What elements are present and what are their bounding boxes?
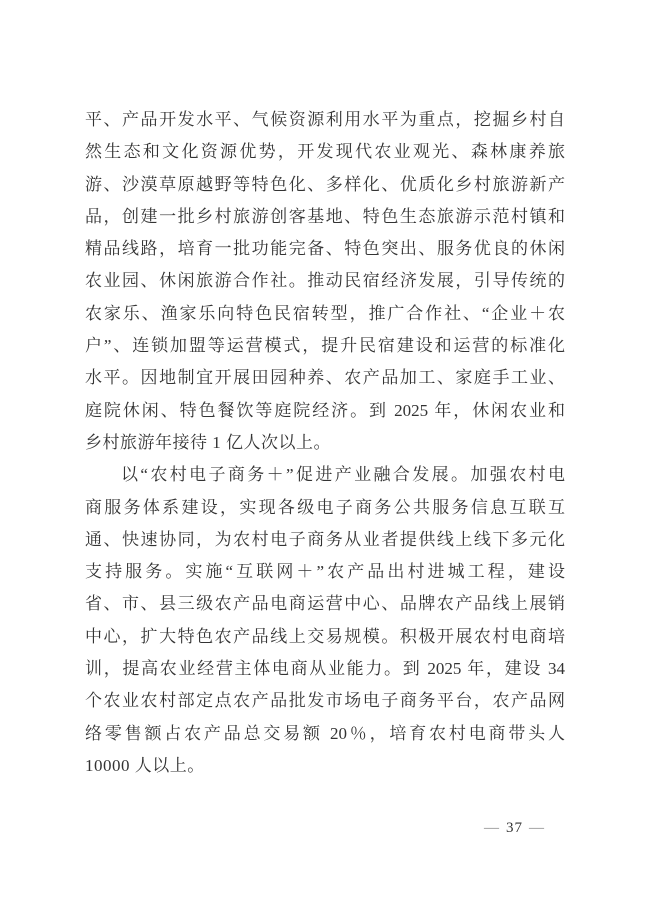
text-line: 乡村旅游年接待 1 亿人次以上。	[85, 427, 565, 459]
text-line: 个农业农村部定点农产品批发市场电子商务平台，农产品网	[85, 685, 565, 717]
text-line: 然生态和文化资源优势，开发现代农业观光、森林康养旅	[85, 136, 565, 168]
text-line: 游、沙漠草原越野等特色化、多样化、优质化乡村旅游新产	[85, 169, 565, 201]
document-page: 平、产品开发水平、气候资源利用水平为重点，挖掘乡村自然生态和文化资源优势，开发现…	[0, 0, 650, 919]
footer-left-dash: —	[478, 820, 506, 836]
text-line: 水平。因地制宜开展田园种养、农产品加工、家庭手工业、	[85, 362, 565, 394]
text-line: 庭院休闲、特色餐饮等庭院经济。到 2025 年，休闲农业和	[85, 395, 565, 427]
text-line: 农家乐、渔家乐向特色民宿转型，推广合作社、“企业＋农	[85, 298, 565, 330]
text-line: 品，创建一批乡村旅游创客基地、特色生态旅游示范村镇和	[85, 201, 565, 233]
text-line: 省、市、县三级农产品电商运营中心、品牌农产品线上展销	[85, 588, 565, 620]
text-line: 精品线路，培育一批功能完备、特色突出、服务优良的休闲	[85, 233, 565, 265]
page-number: 37	[506, 820, 523, 836]
text-line: 训，提高农业经营主体电商从业能力。到 2025 年，建设 34	[85, 653, 565, 685]
text-line: 中心，扩大特色农产品线上交易规模。积极开展农村电商培	[85, 621, 565, 653]
text-line: 平、产品开发水平、气候资源利用水平为重点，挖掘乡村自	[85, 104, 565, 136]
text-line: 支持服务。实施“互联网＋”农产品出村进城工程，建设	[85, 556, 565, 588]
text-line: 农业园、休闲旅游合作社。推动民宿经济发展，引导传统的	[85, 265, 565, 297]
text-line: 户”、连锁加盟等运营模式，提升民宿建设和运营的标准化	[85, 330, 565, 362]
body-text: 平、产品开发水平、气候资源利用水平为重点，挖掘乡村自然生态和文化资源优势，开发现…	[85, 104, 565, 782]
page-footer: —37—	[478, 820, 551, 837]
text-line: 通、快速协同，为农村电子商务从业者提供线上线下多元化	[85, 524, 565, 556]
text-line: 商服务体系建设，实现各级电子商务公共服务信息互联互	[85, 492, 565, 524]
text-line: 以“农村电子商务＋”促进产业融合发展。加强农村电	[85, 459, 565, 491]
text-line: 10000 人以上。	[85, 750, 565, 782]
footer-right-dash: —	[523, 820, 551, 836]
text-line: 络零售额占农产品总交易额 20％，培育农村电商带头人	[85, 718, 565, 750]
